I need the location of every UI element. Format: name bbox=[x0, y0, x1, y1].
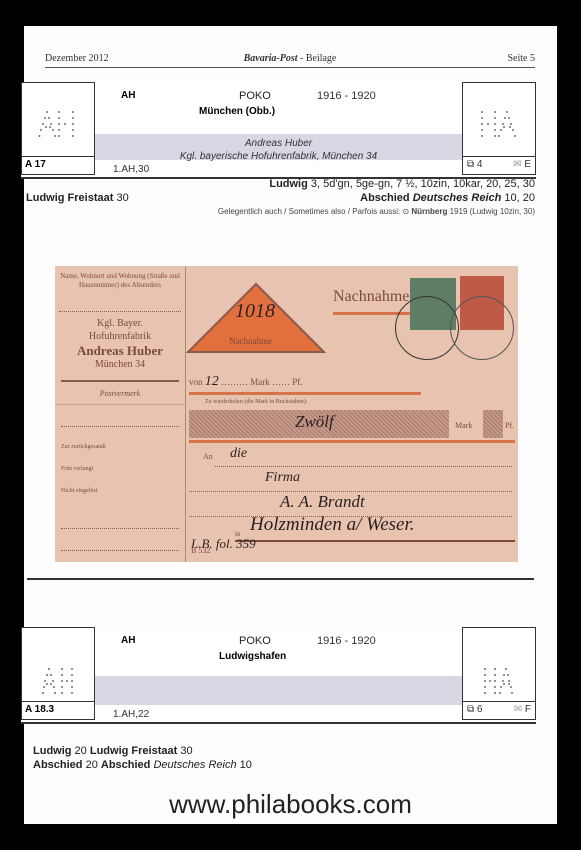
stamp-usage-abschied: Abschied Deutsches Reich 10, 20 bbox=[360, 192, 535, 204]
cod-number: 1018 bbox=[235, 300, 275, 323]
amount-words: Zwölf bbox=[295, 412, 334, 432]
usage-years: 1916 - 1920 bbox=[317, 90, 376, 102]
watermark-url: www.philabooks.com bbox=[24, 789, 557, 820]
header-page-number: Seite 5 bbox=[508, 53, 536, 64]
catalog-entry: A 17 AH POKO 1916 - 1920 München (Obb.) … bbox=[21, 82, 536, 179]
deadline-field: Frist verlangt bbox=[61, 466, 93, 472]
catalog-id: A 17 bbox=[22, 156, 94, 174]
perfin-front-pattern bbox=[22, 658, 94, 706]
rarity-rating: ✉ E bbox=[513, 157, 531, 173]
city-name: Ludwigshafen bbox=[219, 651, 379, 662]
nachnahme-title: Nachnahme bbox=[333, 288, 409, 306]
envelope-icon: ✉ bbox=[513, 159, 521, 170]
perfin-type: POKO bbox=[239, 635, 271, 647]
rating-footer: ⧉ 6 ✉ F bbox=[463, 701, 535, 719]
address-line-1: die bbox=[230, 446, 247, 462]
sender-line-3: Andreas Huber bbox=[55, 343, 185, 359]
perfin-dots-icon bbox=[38, 108, 78, 142]
city-name: München (Obb.) bbox=[199, 106, 359, 117]
postmark bbox=[450, 296, 514, 360]
sender-line-4: München 34 bbox=[55, 359, 185, 370]
firm-name: Andreas Huber bbox=[95, 137, 462, 150]
unpaid-field: Nicht eingelöst bbox=[61, 488, 98, 494]
perfin-dots-icon bbox=[41, 665, 75, 699]
pins-icon: ⧉ bbox=[467, 704, 474, 715]
perfin-dots-icon bbox=[479, 108, 519, 142]
section-divider bbox=[27, 578, 534, 580]
publication-name: Bavaria-Post bbox=[244, 53, 298, 64]
perfin-back-box: ⧉ 6 ✉ F bbox=[462, 627, 536, 720]
perfin-back-box: ⧉ 4 ✉ E bbox=[462, 82, 536, 175]
postvermerk-label: Postvermerk bbox=[55, 389, 185, 398]
envelope-icon: ✉ bbox=[514, 704, 522, 715]
triangle-label: Nachnahme bbox=[229, 336, 272, 346]
perfin-back-pattern bbox=[463, 658, 535, 706]
section-name: - Beilage bbox=[298, 53, 337, 64]
amount-row: von 12 ……… Mark …… Pf. bbox=[189, 374, 303, 390]
perfin-front-box: A 18.3 bbox=[21, 627, 95, 720]
perfin-dots-icon bbox=[482, 665, 516, 699]
firm-band bbox=[95, 676, 462, 705]
address-line-2: Firma bbox=[265, 470, 300, 486]
return-field: Zur zurückgesandt bbox=[61, 444, 106, 450]
occasional-usage-note: Gelegentlich auch / Sometimes also / Par… bbox=[218, 207, 535, 216]
header-title: Bavaria-Post - Beilage bbox=[45, 53, 535, 64]
stamp-usage-ludwig: Ludwig 20 Ludwig Freistaat 30 bbox=[33, 745, 193, 757]
perfin-code: AH bbox=[121, 635, 135, 646]
stamp-usage-abschied: Abschied 20 Abschied Deutsches Reich 10 bbox=[33, 759, 252, 771]
address-line-4: Holzminden a/ Weser. bbox=[250, 514, 415, 536]
perfin-front-box: A 17 bbox=[21, 82, 95, 175]
form-number: B 532 bbox=[191, 546, 210, 555]
address-line-3: A. A. Brandt bbox=[280, 492, 365, 512]
stamp-usage-ludwig: Ludwig 3, 5d'gn, 5ge-gn, 7 ½, 10zin, 10k… bbox=[269, 178, 535, 190]
rarity-rating: ✉ F bbox=[514, 702, 531, 718]
page-header: Dezember 2012 Bavaria-Post - Beilage Sei… bbox=[45, 51, 535, 68]
reference-code: 1.AH,22 bbox=[113, 709, 149, 720]
perfin-code: AH bbox=[121, 90, 135, 101]
sender-column: Name, Wohnort und Wohnung (Straße und Ha… bbox=[55, 266, 186, 562]
perfin-type: POKO bbox=[239, 90, 271, 102]
perfin-back-pattern bbox=[463, 101, 535, 149]
sender-caption: Name, Wohnort und Wohnung (Straße und Ha… bbox=[59, 272, 181, 290]
perfin-front-pattern bbox=[22, 101, 94, 149]
stamp-usage-freistaat: Ludwig Freistaat 30 bbox=[26, 192, 129, 204]
catalog-page: Dezember 2012 Bavaria-Post - Beilage Sei… bbox=[24, 26, 557, 824]
firm-description: Kgl. bayerische Hofuhrenfabrik, München … bbox=[95, 150, 462, 163]
catalog-entry: A 18.3 AH POKO 1916 - 1920 Ludwigshafen … bbox=[21, 627, 536, 724]
reference-code: 1.AH,30 bbox=[113, 164, 149, 175]
pf-label: Pf. bbox=[505, 421, 514, 430]
rating-footer: ⧉ 4 ✉ E bbox=[463, 156, 535, 174]
cod-postcard-image: Name, Wohnort und Wohnung (Straße und Ha… bbox=[55, 266, 518, 562]
sender-line-1: Kgl. Bayer. bbox=[55, 318, 185, 329]
usage-years: 1916 - 1920 bbox=[317, 635, 376, 647]
repeat-caption: Zu wiederholen (die Mark in Buchstaben): bbox=[205, 399, 307, 405]
pins-count: ⧉ 6 bbox=[467, 702, 482, 718]
sender-line-2: Hofuhrenfabrik bbox=[55, 331, 185, 342]
address-an-label: An bbox=[203, 452, 213, 461]
firm-band: Andreas Huber Kgl. bayerische Hofuhrenfa… bbox=[95, 134, 462, 160]
pins-icon: ⧉ bbox=[467, 159, 474, 170]
mark-label: Mark bbox=[455, 421, 472, 430]
pins-count: ⧉ 4 bbox=[467, 157, 482, 173]
catalog-id: A 18.3 bbox=[22, 701, 94, 719]
